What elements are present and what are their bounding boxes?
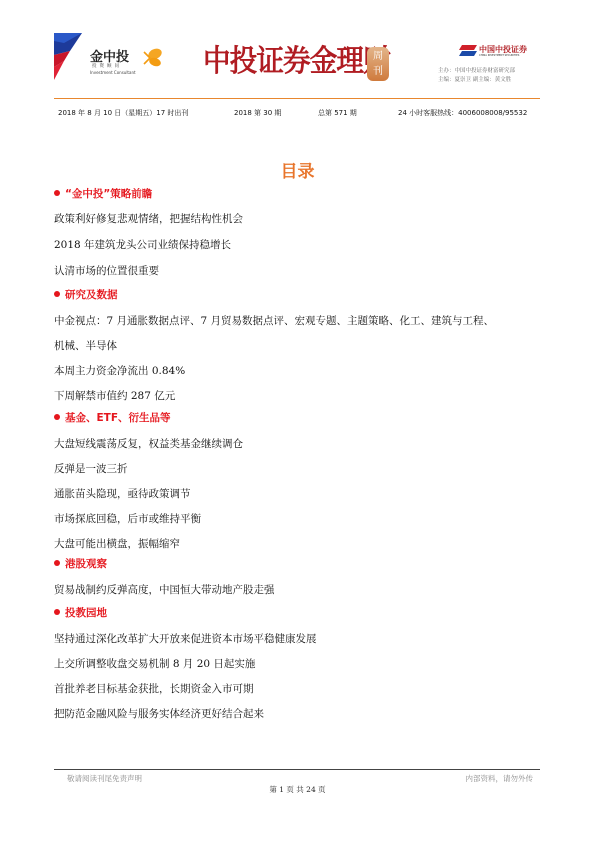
seal-char: 刊 <box>367 64 389 79</box>
brand-english: Investment Consultant <box>90 70 136 75</box>
page-number: 第 1 页 共 24 页 <box>0 784 595 795</box>
service-hotline: 24 小时客服热线：4006008008/95532 <box>398 108 527 118</box>
seal-char: 周 <box>367 49 389 64</box>
toc-item[interactable]: 贸易战制约反弹高度，中国恒大带动地产股走强 <box>54 582 275 597</box>
toc-item[interactable]: 下周解禁市值约 287 亿元 <box>54 388 175 403</box>
ciss-logo-icon <box>459 45 477 56</box>
toc-item[interactable]: 认清市场的位置很重要 <box>54 263 159 278</box>
toc-item[interactable]: 坚持通过深化改革扩大开放来促进资本市场平稳健康发展 <box>54 631 317 646</box>
section-heading: 港股观察 <box>65 558 107 570</box>
publisher-logo: 中国中投证券 CHINA INVESTMENT SECURITIES <box>459 44 579 58</box>
disclaimer-note: 敬请阅读刊尾免责声明 <box>67 773 142 784</box>
toc-item[interactable]: 本周主力资金净流出 0.84% <box>54 363 185 378</box>
weekly-seal: 周 刊 <box>367 47 389 81</box>
toc-item[interactable]: 通胀苗头隐现，亟待政策调节 <box>54 486 191 501</box>
bullet-icon <box>54 414 60 420</box>
publish-date: 2018 年 8 月 10 日（星期五）17 时出刊 <box>58 108 188 118</box>
toc-item[interactable]: 大盘可能出横盘，振幅缩窄 <box>54 536 180 551</box>
toc-section-funds[interactable]: 基金、ETF、衍生品等 <box>54 410 171 425</box>
editors-line: 主编：夏崇卫 副主编：黄文胜 <box>438 75 511 83</box>
section-heading: 基金、ETF、衍生品等 <box>65 412 171 424</box>
toc-item[interactable]: 2018 年建筑龙头公司业绩保持稳增长 <box>54 237 231 252</box>
sponsor-line: 主办：中国中投证券财富研究部 <box>438 66 515 74</box>
header-divider <box>54 98 540 99</box>
publisher-english: CHINA INVESTMENT SECURITIES <box>479 54 519 57</box>
toc-item[interactable]: 大盘短线震荡反复，权益类基金继续调仓 <box>54 436 243 451</box>
toc-section-investor-education[interactable]: 投教园地 <box>54 605 107 620</box>
section-heading: 投教园地 <box>65 607 107 619</box>
toc-section-research[interactable]: 研究及数据 <box>54 287 118 302</box>
toc-item[interactable]: 反弹是一波三折 <box>54 461 128 476</box>
internal-use-note: 内部资料，请勿外传 <box>466 773 534 784</box>
toc-item[interactable]: 首批养老目标基金获批，长期资金入市可期 <box>54 681 254 696</box>
bullet-icon <box>54 190 60 196</box>
toc-item[interactable]: 机械、半导体 <box>54 338 117 353</box>
issue-number: 2018 第 30 期 <box>234 108 281 118</box>
flag-logo-icon <box>54 33 82 80</box>
section-heading: 研究及数据 <box>65 289 118 301</box>
bullet-icon <box>54 291 60 297</box>
bullet-icon <box>54 609 60 615</box>
toc-item[interactable]: 市场探底回稳，后市或维持平衡 <box>54 511 201 526</box>
masthead-title: 中投证券金理财 <box>203 44 390 80</box>
toc-item[interactable]: 政策利好修复悲观情绪，把握结构性机会 <box>54 211 243 226</box>
page-header: 金中投 投资顾问 Investment Consultant 中投证券金理财 周… <box>0 0 595 100</box>
toc-section-strategy[interactable]: “金中投”策略前瞻 <box>54 186 152 201</box>
total-issue-number: 总第 571 期 <box>318 108 357 118</box>
butterfly-icon <box>142 48 162 68</box>
toc-section-hk-stocks[interactable]: 港股观察 <box>54 556 107 571</box>
issue-info-row: 2018 年 8 月 10 日（星期五）17 时出刊 2018 第 30 期 总… <box>54 108 544 120</box>
section-heading: “金中投”策略前瞻 <box>65 188 152 200</box>
brand-subtitle: 投资顾问 <box>92 63 122 69</box>
toc-item[interactable]: 中金视点：7 月通胀数据点评、7 月贸易数据点评、宏观专题、主题策略、化工、建筑… <box>54 313 494 328</box>
footer-divider <box>54 769 540 770</box>
toc-item[interactable]: 上交所调整收盘交易机制 8 月 20 日起实施 <box>54 656 255 671</box>
toc-item[interactable]: 把防范金融风险与服务实体经济更好结合起来 <box>54 706 264 721</box>
toc-title: 目录 <box>0 157 595 182</box>
bullet-icon <box>54 560 60 566</box>
